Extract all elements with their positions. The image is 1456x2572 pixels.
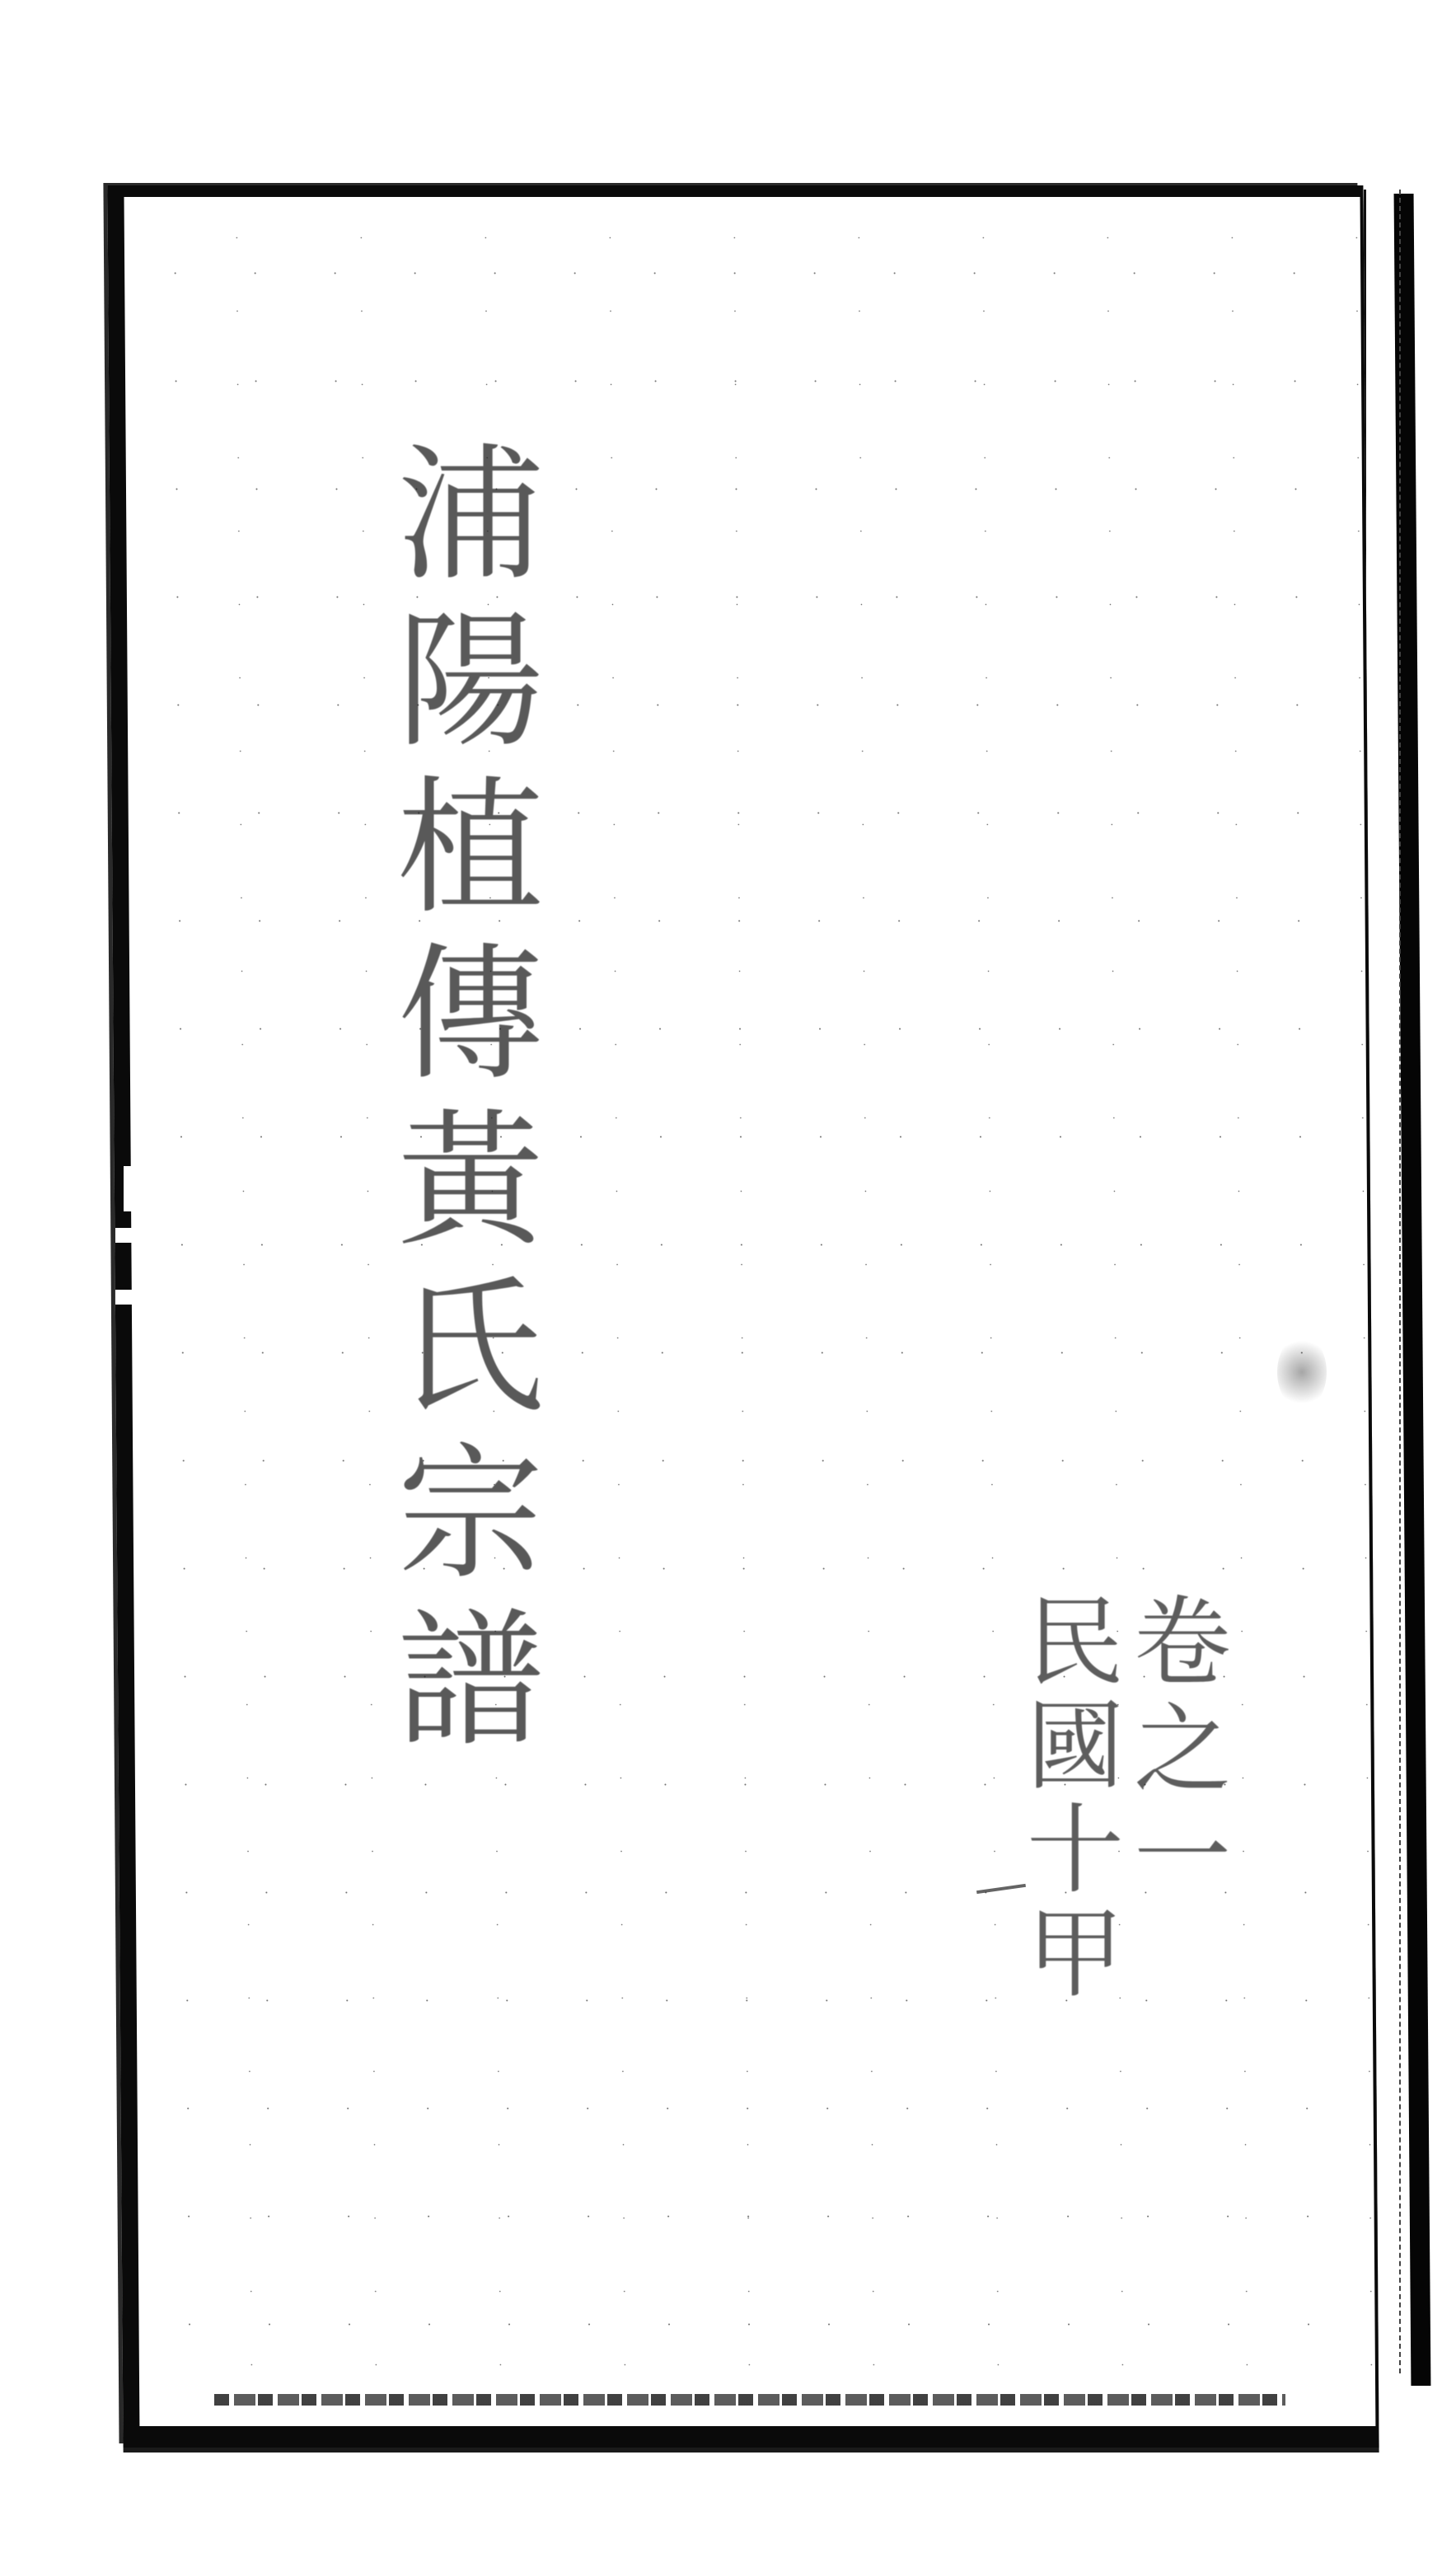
edge-notch	[115, 1290, 152, 1305]
date-label: 民國十甲	[1014, 1591, 1121, 2006]
edge-notch	[124, 1166, 144, 1211]
cover-title: 浦陽植傳黃氏宗譜	[375, 437, 540, 1769]
edge-notch	[115, 1228, 152, 1243]
worn-bottom-edge	[214, 2394, 1285, 2406]
stain-mark	[1277, 1335, 1327, 1409]
scanned-page: 浦陽植傳黃氏宗譜 卷之一 民國十甲	[0, 0, 1456, 2572]
book-cover	[107, 185, 1379, 2448]
volume-label: 卷之一	[1121, 1591, 1228, 1912]
